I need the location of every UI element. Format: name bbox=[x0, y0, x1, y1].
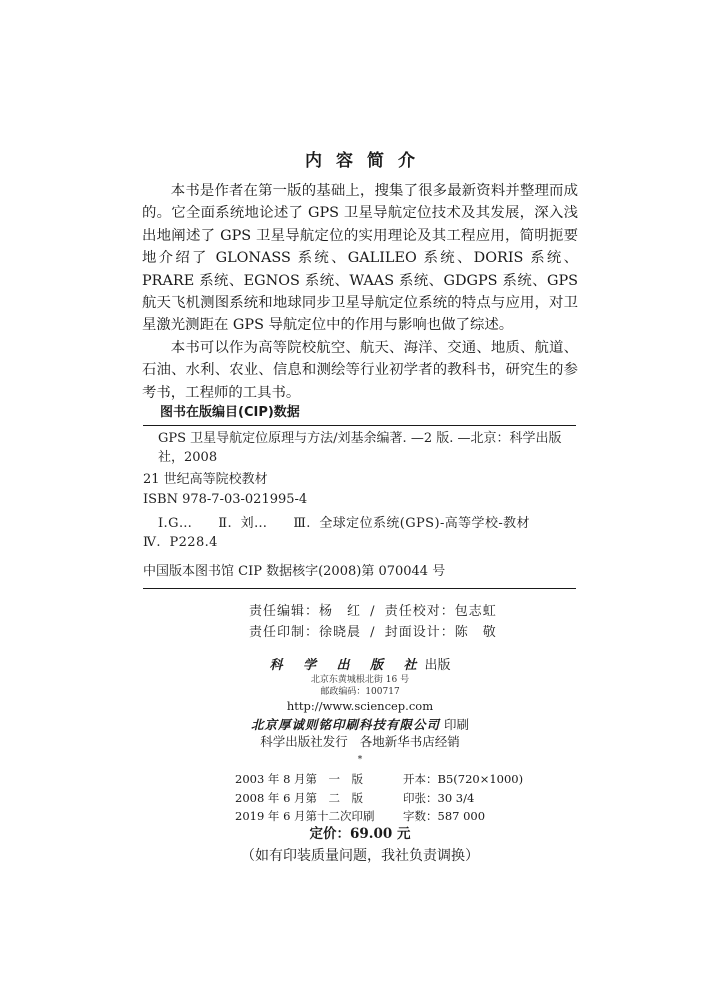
edition-row: 2019 年 6 月第十二次印刷 字数：587 000 bbox=[235, 807, 523, 826]
edition-table: 2003 年 8 月第 一 版 开本：B5(720×1000) 2008 年 6… bbox=[235, 770, 523, 826]
edition-row: 2003 年 8 月第 一 版 开本：B5(720×1000) bbox=[235, 770, 523, 789]
publisher-name-line: 科 学 出 版 社出版 bbox=[0, 657, 720, 674]
publisher-postal-code: 邮政编码：100717 bbox=[0, 686, 720, 698]
printer-line: 北京厚诚则铭印刷科技有限公司 印刷 bbox=[0, 716, 720, 734]
cip-class-iv: Ⅳ. P228.4 bbox=[143, 533, 576, 552]
publisher-logo-text: 科 学 出 版 社 bbox=[269, 658, 424, 673]
edition-spec: 印张：30 3/4 bbox=[403, 789, 523, 808]
cip-verification: 中国版本图书馆 CIP 数据核字(2008)第 070044 号 bbox=[143, 562, 576, 581]
publisher-url: http://www.sciencep.com bbox=[0, 698, 720, 714]
copyright-page: 内容简介 本书是作者在第一版的基础上，搜集了很多最新资料并整理而成的。它全面系统… bbox=[0, 0, 720, 1000]
proofreader-name: 包志虹 bbox=[455, 604, 497, 619]
cip-book-text: GPS 卫星导航定位原理与方法/刘基余编著. —2 版. —北京：科学出版社，2… bbox=[143, 429, 576, 467]
cip-top-rule bbox=[143, 425, 576, 426]
edition-date: 2019 年 6 月第十二次印刷 bbox=[235, 807, 403, 826]
edition-row: 2008 年 6 月第 二 版 印张：30 3/4 bbox=[235, 789, 523, 808]
cip-class-i: Ⅰ.G… bbox=[158, 516, 192, 531]
cip-book-line: GPS 卫星导航定位原理与方法/刘基余编著. —2 版. —北京：科学出版社，2… bbox=[143, 429, 576, 467]
cip-class-iii: Ⅲ. 全球定位系统(GPS)-高等学校-教材 bbox=[293, 516, 530, 531]
edition-spec: 开本：B5(720×1000) bbox=[403, 770, 523, 789]
cip-series: 21 世纪高等院校教材 bbox=[143, 470, 576, 489]
summary-text: 本书是作者在第一版的基础上，搜集了很多最新资料并整理而成的。它全面系统地论述了 … bbox=[142, 180, 578, 404]
summary-paragraph-1: 本书是作者在第一版的基础上，搜集了很多最新资料并整理而成的。它全面系统地论述了 … bbox=[142, 180, 578, 337]
editor-name: 杨 红 bbox=[319, 604, 361, 619]
cip-title: 图书在版编目(CIP)数据 bbox=[160, 404, 300, 422]
staff-row-2: 责任印制：徐晓晨 / 封面设计：陈 敬 bbox=[249, 622, 497, 643]
cip-class-ii: Ⅱ. 刘… bbox=[218, 516, 267, 531]
price: 定价：69.00 元 bbox=[0, 825, 720, 843]
quality-notice: （如有印装质量问题，我社负责调换） bbox=[0, 846, 720, 866]
publisher-block: 科 学 出 版 社出版 北京东黄城根北街 16 号 邮政编码：100717 ht… bbox=[0, 657, 720, 734]
cip-classification: Ⅰ.G…Ⅱ. 刘…Ⅲ. 全球定位系统(GPS)-高等学校-教材 Ⅳ. P228.… bbox=[143, 514, 576, 552]
edition-date: 2003 年 8 月第 一 版 bbox=[235, 770, 403, 789]
cip-bottom-rule bbox=[143, 588, 576, 589]
publisher-address: 北京东黄城根北街 16 号 bbox=[0, 674, 720, 686]
summary-heading: 内容简介 bbox=[0, 150, 720, 172]
printer-name: 北京厚诚则铭印刷科技有限公司 bbox=[251, 717, 440, 732]
edition-date: 2008 年 6 月第 二 版 bbox=[235, 789, 403, 808]
distribution-line: 科学出版社发行各地新华书店经销 bbox=[0, 733, 720, 751]
printing-name: 徐晓晨 bbox=[319, 625, 361, 640]
proofreader-label: 责任校对： bbox=[385, 604, 455, 619]
cip-isbn: ISBN 978-7-03-021995-4 bbox=[143, 490, 576, 509]
printing-label: 责任印制： bbox=[249, 625, 319, 640]
summary-paragraph-2: 本书可以作为高等院校航空、航天、海洋、交通、地质、航道、石油、水利、农业、信息和… bbox=[142, 337, 578, 404]
distribution-publisher: 科学出版社发行 bbox=[260, 734, 348, 749]
cover-name: 陈 敬 bbox=[455, 625, 497, 640]
separator-star: * bbox=[0, 755, 720, 765]
publisher-suffix: 出版 bbox=[425, 658, 451, 673]
edition-spec: 字数：587 000 bbox=[403, 807, 523, 826]
editor-label: 责任编辑： bbox=[249, 604, 319, 619]
cover-label: 封面设计： bbox=[385, 625, 455, 640]
printer-suffix: 印刷 bbox=[444, 717, 469, 732]
staff-credits: 责任编辑：杨 红 / 责任校对：包志虹 责任印制：徐晓晨 / 封面设计：陈 敬 bbox=[249, 601, 497, 643]
distribution-sellers: 各地新华书店经销 bbox=[360, 734, 460, 749]
staff-row-1: 责任编辑：杨 红 / 责任校对：包志虹 bbox=[249, 601, 497, 622]
